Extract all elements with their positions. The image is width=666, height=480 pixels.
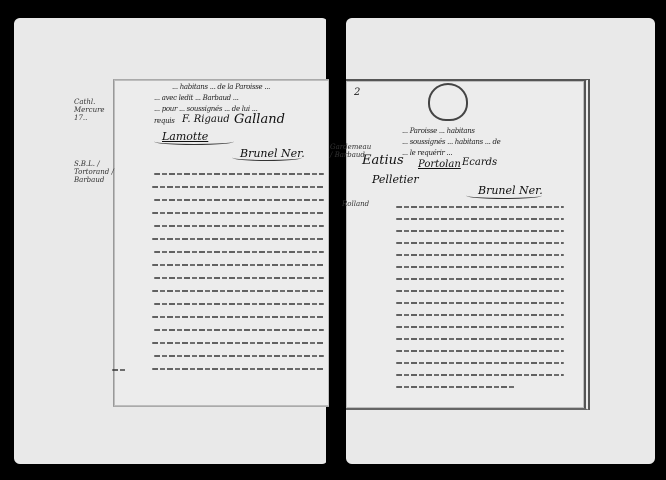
handwritten-line — [154, 173, 324, 175]
text-line: ... habitans ... de la Paroisse ... — [172, 83, 322, 91]
handwritten-line — [154, 277, 324, 279]
handwritten-line — [396, 290, 564, 292]
binding-gap — [326, 18, 346, 464]
handwritten-line — [396, 230, 564, 232]
manuscript-page-left: Cathl. Mercure 17.. S.B.L. / Tortorand /… — [113, 79, 329, 407]
handwritten-line — [152, 212, 324, 214]
archive-seal-icon — [428, 83, 468, 121]
handwritten-line — [396, 302, 564, 304]
handwritten-line — [152, 186, 324, 188]
handwritten-line — [154, 225, 324, 227]
handwritten-line — [154, 251, 324, 253]
signature: Pelletier — [372, 173, 419, 186]
text-line: ... avec ledit ... Barbaud ... — [154, 94, 324, 102]
handwritten-line — [396, 338, 564, 340]
handwritten-line — [396, 206, 564, 208]
handwritten-line — [396, 266, 564, 268]
text-line: ... soussignés ... habitans ... de — [402, 138, 572, 146]
signature-flourish — [232, 154, 302, 161]
handwritten-line — [396, 218, 564, 220]
signature: Portolan — [418, 159, 461, 170]
handwritten-line — [396, 242, 564, 244]
signature: Eatius — [362, 153, 404, 168]
margin-note: Cathl. Mercure 17.. — [74, 98, 114, 122]
handwritten-line — [396, 326, 564, 328]
manuscript-page-right: 2 Gardemeau / Barbaud Rolland ... Parois… — [346, 79, 590, 410]
signature-flourish — [466, 192, 542, 199]
handwritten-line — [396, 254, 564, 256]
text-line: ... le requérir ... — [402, 149, 572, 157]
handwritten-line — [154, 199, 324, 201]
signature: F. Rigaud — [182, 114, 230, 125]
handwritten-line — [152, 342, 324, 344]
handwritten-line — [152, 290, 324, 292]
handwritten-line — [152, 368, 324, 370]
text-line: requis — [154, 117, 184, 125]
handwritten-line — [152, 264, 324, 266]
text-line: ... Paroisse ... habitans — [402, 127, 572, 135]
handwritten-line — [396, 278, 564, 280]
handwritten-line — [152, 238, 324, 240]
handwritten-line — [396, 350, 564, 352]
handwritten-line — [154, 355, 324, 357]
handwritten-line — [154, 329, 324, 331]
handwritten-line — [396, 386, 516, 388]
signature: Galland — [234, 112, 285, 127]
handwritten-line — [396, 314, 564, 316]
handwritten-line — [396, 362, 564, 364]
signature: Ecards — [462, 157, 497, 168]
signature-flourish — [154, 138, 234, 145]
handwritten-line — [154, 303, 324, 305]
handwritten-line — [396, 374, 564, 376]
margin-note: S.B.L. / Tortorand / Barbaud — [74, 160, 114, 184]
handwritten-line — [152, 316, 324, 318]
page-number: 2 — [354, 87, 360, 98]
handwritten-line — [112, 369, 126, 371]
margin-note: Rolland — [342, 200, 372, 208]
